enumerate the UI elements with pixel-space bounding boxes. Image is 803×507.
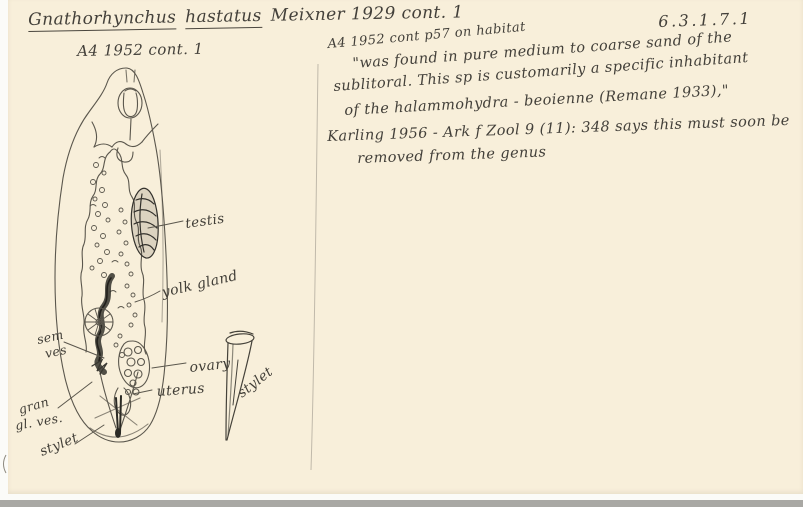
testis-mass [131, 188, 158, 258]
label-ovary: ovary [189, 356, 232, 376]
label-stylet-detail: stylet [235, 364, 277, 401]
diagram-labels: testis yolk gland sem ves ovary uterus g… [14, 211, 240, 460]
label-yolk-gland: yolk gland [159, 268, 239, 301]
pharynx-wings [92, 119, 158, 162]
proboscis [118, 88, 142, 118]
label-ves: ves [44, 342, 69, 361]
label-testis: testis [184, 211, 225, 232]
label-uterus: uterus [156, 381, 205, 400]
scanned-index-card-page: GnathorhynchushastatusMeixner 1929 cont.… [0, 0, 803, 507]
yolk-gland-chain [81, 149, 146, 358]
label-stylet-body: stylet [38, 430, 81, 460]
scan-edge-mark [4, 455, 7, 473]
anatomical-sketch: testis yolk gland sem ves ovary uterus g… [0, 0, 803, 507]
worm-sketch: testis yolk gland sem ves ovary uterus g… [14, 68, 240, 460]
divider-line [311, 64, 318, 470]
stylet-detail-sketch: stylet [226, 331, 277, 440]
scan-edge-shadow [0, 500, 803, 507]
